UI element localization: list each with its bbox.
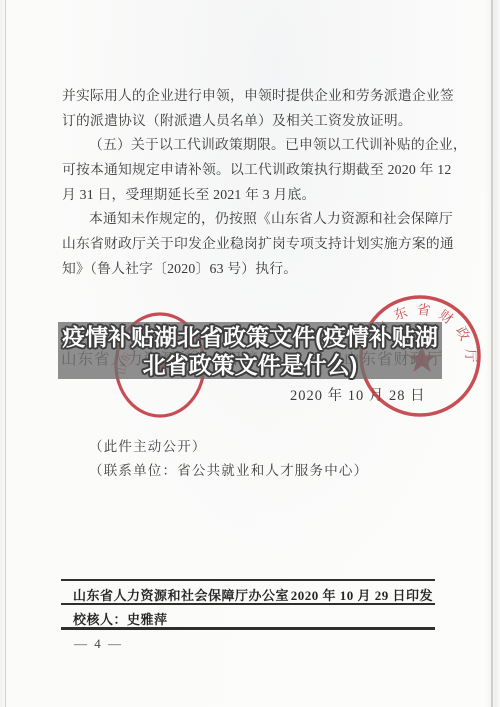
body-text-line: 山东省财政厅关于印发企业稳岗扩岗专项支持计划实施方案的通 — [62, 232, 438, 257]
body-text-line: 月 31 日，受理期延长至 2021 年 3 月底。 — [62, 183, 438, 208]
headline-title-line2: 北省政策文件是什么) — [143, 351, 358, 379]
headline-overlay-band: 疫情补贴湖北省政策文件(疫情补贴湖 北省政策文件是什么) — [58, 322, 442, 379]
body-text-line: 本通知未作规定的，仍按照《山东省人力资源和社会保障厅 — [62, 207, 438, 232]
note-public-disclosure: （此件主动公开） — [89, 435, 207, 455]
footer-print-date: 2020 年 10 月 29 日印发 — [291, 585, 433, 603]
body-text-line: 订的派遣协议（附派遣人员名单）及相关工资发放证明。 — [62, 109, 438, 134]
document-issue-date: 2020 年 10 月 28 日 — [290, 384, 426, 405]
body-text-line: 可按本通知规定申请补领。以工代训政策执行期截至 2020 年 12 — [62, 158, 438, 183]
footer-rule-bottom — [61, 627, 435, 630]
footer-office-name: 山东省人力资源和社会保障厅办公室 — [73, 585, 289, 603]
body-text-line: 知》（鲁人社字〔2020〕63 号）执行。 — [62, 257, 438, 282]
footer-proofreader: 校核人：史雅萍 — [73, 609, 168, 628]
body-text-line: （五）关于以工代训政策期限。已申领以工代训补贴的企业， — [62, 133, 438, 158]
headline-title-line1: 疫情补贴湖北省政策文件(疫情补贴湖 — [62, 323, 438, 351]
body-text-line: 并实际用人的企业进行申领，申领时提供企业和劳务派遣企业签 — [62, 84, 438, 109]
scanned-document-page: 并实际用人的企业进行申领，申领时提供企业和劳务派遣企业签订的派遣协议（附派遣人员… — [0, 0, 500, 707]
page-number: — 4 — — [74, 636, 123, 652]
footer-office-row: 山东省人力资源和社会保障厅办公室 2020 年 10 月 29 日印发 — [61, 585, 435, 603]
note-contact-unit: （联系单位：省公共就业和人才服务中心） — [89, 459, 368, 479]
footer-rule-top — [61, 579, 435, 581]
footer-rule-middle — [61, 603, 435, 605]
document-body-text: 并实际用人的企业进行申领，申领时提供企业和劳务派遣企业签订的派遣协议（附派遣人员… — [62, 84, 438, 282]
